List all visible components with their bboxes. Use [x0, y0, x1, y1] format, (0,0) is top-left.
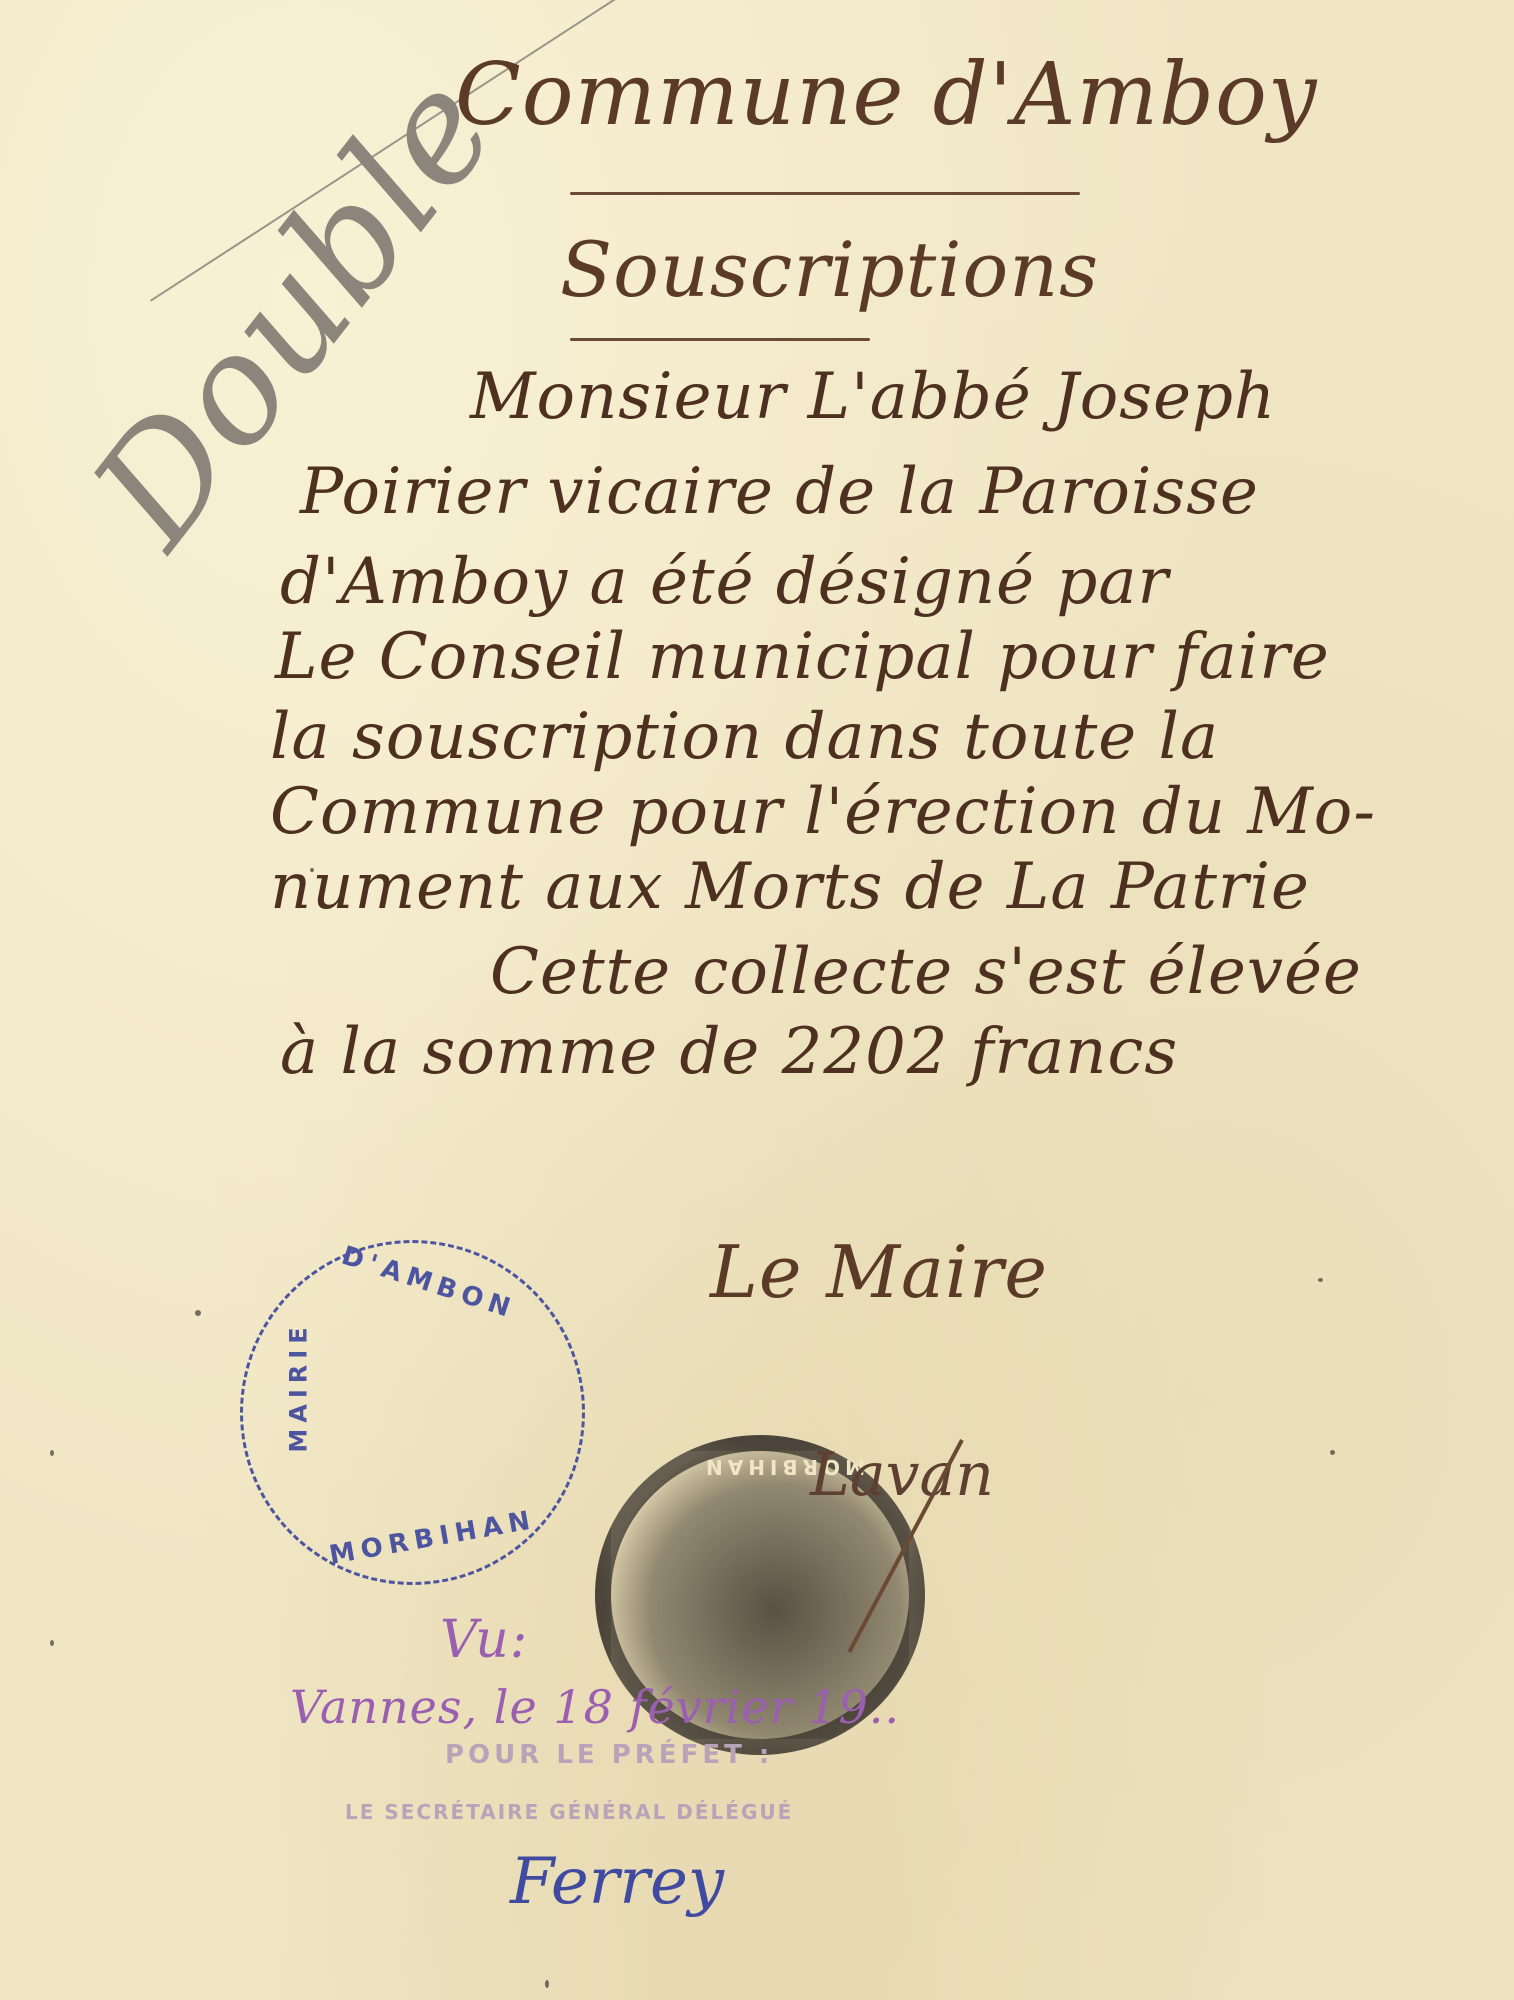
document-page: Double Commune d'Amboy Souscriptions Mon… [0, 0, 1514, 2000]
mayor-signature: Lavan [810, 1440, 994, 1510]
title-underline [570, 192, 1080, 195]
body-line: à la somme de 2202 francs [280, 1015, 1178, 1089]
secretary-signature: Ferrey [510, 1845, 724, 1919]
body-line: Le Conseil municipal pour faire [275, 620, 1330, 694]
paper-speck [1318, 1278, 1323, 1282]
stamp-bottom-text: MORBIHAN [327, 1505, 538, 1571]
endorsement-place-date: Vannes, le 18 février 19.. [290, 1680, 900, 1734]
stamp-top-text: D'AMBON [338, 1241, 520, 1326]
body-line: Cette collecte s'est élevée [490, 935, 1362, 1009]
document-title: Commune d'Amboy [455, 45, 1317, 145]
endorsement-vu: Vu: [440, 1610, 528, 1670]
body-line: d'Amboy a été désigné par [280, 545, 1169, 619]
body-line: Commune pour l'érection du Mo- [270, 775, 1376, 849]
paper-speck [50, 1450, 54, 1456]
body-line: la souscription dans toute la [270, 700, 1219, 774]
subtitle-underline [570, 338, 870, 341]
stamp-side-text: MAIRIE [285, 1321, 313, 1452]
document-subtitle: Souscriptions [560, 225, 1099, 314]
paper-speck [545, 1980, 549, 1988]
closing-le-maire: Le Maire [710, 1230, 1048, 1314]
body-line: nument aux Morts de La Patrie [270, 850, 1310, 924]
pour-le-prefet-stamp: POUR LE PRÉFET : [445, 1740, 773, 1770]
paper-speck [195, 1310, 201, 1316]
secretaire-stamp: LE SECRÉTAIRE GÉNÉRAL DÉLÉGUÉ [345, 1800, 793, 1824]
body-line: Poirier vicaire de la Paroisse [300, 455, 1259, 529]
paper-speck [310, 868, 314, 872]
paper-speck [50, 1640, 54, 1646]
mairie-stamp: D'AMBON MAIRIE MORBIHAN [240, 1240, 585, 1585]
body-line: Monsieur L'abbé Joseph [470, 360, 1276, 434]
paper-speck [1330, 1450, 1335, 1455]
